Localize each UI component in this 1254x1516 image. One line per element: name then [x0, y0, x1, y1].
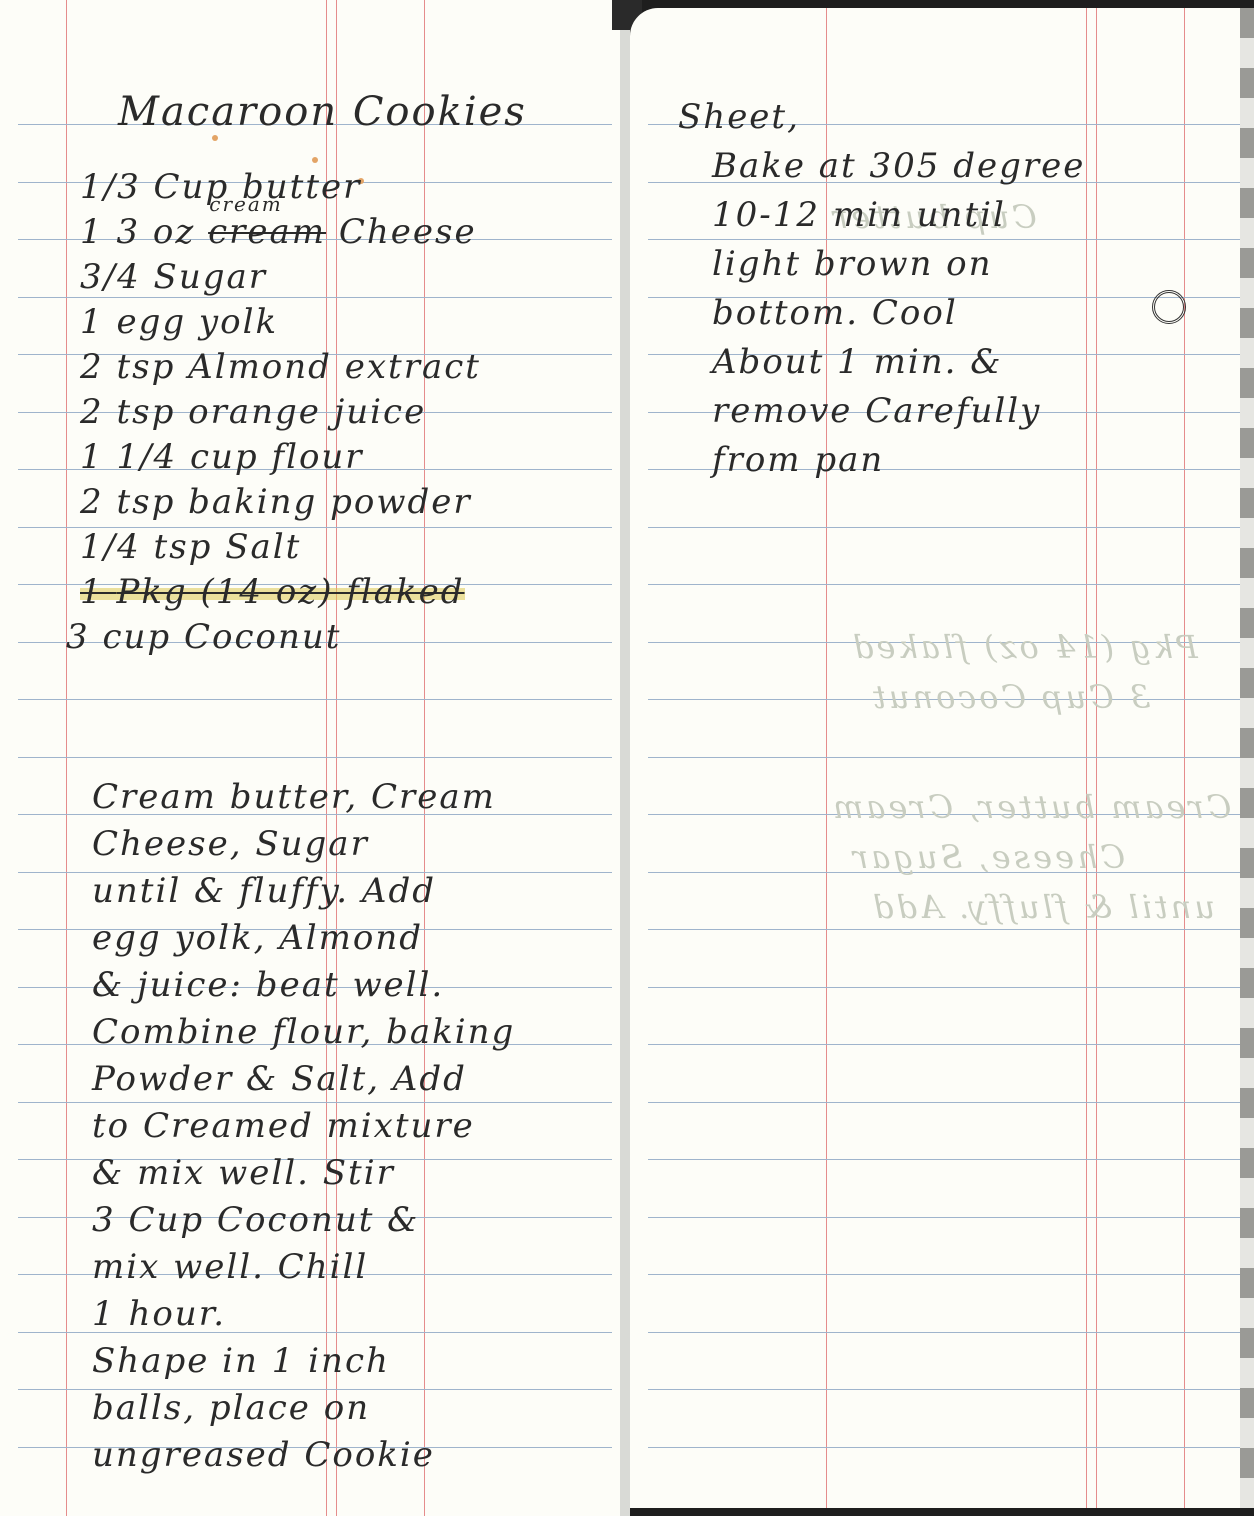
ingredient-quantity: 1/4 [80, 527, 154, 567]
ingredient-line: 1/4 tsp Salt [80, 530, 301, 564]
ingredient-text: Pkg (14 oz) flaked [116, 572, 464, 612]
ingredient-text: tsp orange juice [116, 392, 426, 432]
margin-line [1096, 8, 1097, 1508]
ruled-line [18, 757, 612, 758]
direction-line: 1 hour. [92, 1297, 226, 1331]
ingredient-line: 3/4 Sugar [80, 260, 267, 294]
scribble-mark [1152, 290, 1186, 324]
ruled-line [648, 239, 1246, 240]
ingredient-quantity: 2 [80, 482, 116, 522]
direction-line: balls, place on [92, 1391, 370, 1425]
ingredient-line: 1 Pkg (14 oz) flaked [80, 575, 465, 609]
ghost-text: 3 Cup Coconut [870, 678, 1150, 716]
direction-line: ungreased Cookie [92, 1438, 435, 1472]
direction-line: to Creamed mixture [92, 1109, 475, 1143]
direction-line: until & fluffy. Add [92, 874, 436, 908]
ghost-text: Cheese, Sugar [850, 838, 1125, 876]
direction-line: mix well. Chill [92, 1250, 368, 1284]
direction-line: remove Carefully [712, 394, 1041, 428]
ingredient-text: egg yolk [116, 302, 278, 342]
direction-line: Combine flour, baking [92, 1015, 515, 1049]
ruled-line [648, 1217, 1246, 1218]
ingredient-line: 1 egg yolk [80, 305, 278, 339]
direction-line: from pan [712, 443, 884, 477]
ingredient-text: tsp baking powder [116, 482, 471, 522]
ingredient-text: tsp Salt [154, 527, 302, 567]
ingredient-quantity: 1 1/4 [80, 437, 190, 477]
margin-line [66, 0, 67, 1516]
ingredient-text: Sugar [154, 257, 267, 297]
ruled-line [648, 1102, 1246, 1103]
ghost-text: Pkg (14 oz) flaked [850, 628, 1198, 666]
direction-line: & mix well. Stir [92, 1156, 395, 1190]
ingredient-quantity: 1 [80, 212, 116, 252]
ruled-line [648, 1274, 1246, 1275]
left-notebook-page: Macaroon Cookies 1/3 Cup butter1 3 oz cr… [0, 0, 630, 1516]
margin-line [1086, 8, 1087, 1508]
ruled-line [18, 699, 612, 700]
ruled-line [648, 987, 1246, 988]
direction-line: egg yolk, Almond [92, 921, 423, 955]
ruled-line [648, 1447, 1246, 1448]
ruled-line [648, 1332, 1246, 1333]
direction-line: Sheet, [678, 100, 800, 134]
recipe-title: Macaroon Cookies [118, 92, 527, 132]
margin-line [1184, 8, 1185, 1508]
ghost-text: until & fluffy. Add [870, 888, 1215, 926]
ingredient-text: cup Coconut [102, 617, 341, 657]
ingredient-line: 2 tsp orange juice [80, 395, 426, 429]
ingredient-line: 1 1/4 cup flour [80, 440, 364, 474]
ruled-line [648, 757, 1246, 758]
direction-line: Cheese, Sugar [92, 827, 369, 861]
ingredient-text: cup flour [190, 437, 364, 477]
ingredient-line: 2 tsp Almond extract [80, 350, 481, 384]
ingredient-quantity: 2 [80, 392, 116, 432]
ruled-line [648, 1044, 1246, 1045]
direction-line: 3 Cup Coconut & [92, 1203, 419, 1237]
page-edge [1240, 8, 1254, 1508]
ruled-line [18, 1102, 612, 1103]
direction-line: light brown on [712, 247, 993, 281]
direction-line: Powder & Salt, Add [92, 1062, 467, 1096]
ruled-line [648, 929, 1246, 930]
ingredient-quantity: 1 [80, 302, 116, 342]
direction-line: Bake at 305 degree [712, 149, 1085, 183]
direction-line: About 1 min. & [712, 345, 1003, 379]
direction-line: 10-12 min until [712, 198, 1006, 232]
direction-line: & juice: beat well. [92, 968, 444, 1002]
stain-dot [212, 135, 218, 141]
ruled-line [648, 1389, 1246, 1390]
ghost-text: Cream butter, Cream [830, 788, 1231, 826]
ingredient-line: 3 cup Coconut [66, 620, 341, 654]
direction-line: bottom. Cool [712, 296, 958, 330]
ingredient-quantity: 3 [66, 617, 102, 657]
ingredient-quantity: 2 [80, 347, 116, 387]
struck-word: cream [208, 212, 326, 252]
ruled-line [648, 527, 1246, 528]
ingredient-quantity: 1 [80, 572, 116, 612]
ingredient-quantity: 3/4 [80, 257, 154, 297]
ingredient-line: 2 tsp baking powder [80, 485, 472, 519]
direction-line: Shape in 1 inch [92, 1344, 390, 1378]
ingredient-line: 1 3 oz creamcream Cheese [80, 215, 477, 249]
inserted-word: cream [209, 194, 283, 214]
ruled-line [648, 1159, 1246, 1160]
ingredient-text: 3 oz [116, 212, 195, 252]
stain-dot [312, 157, 318, 163]
ruled-line [648, 584, 1246, 585]
ingredient-text: tsp Almond extract [116, 347, 480, 387]
direction-line: Cream butter, Cream [92, 780, 496, 814]
ingredient-quantity: 1/3 [80, 167, 154, 207]
right-notebook-page: Cup butterPkg (14 oz) flaked3 Cup Coconu… [630, 8, 1254, 1508]
